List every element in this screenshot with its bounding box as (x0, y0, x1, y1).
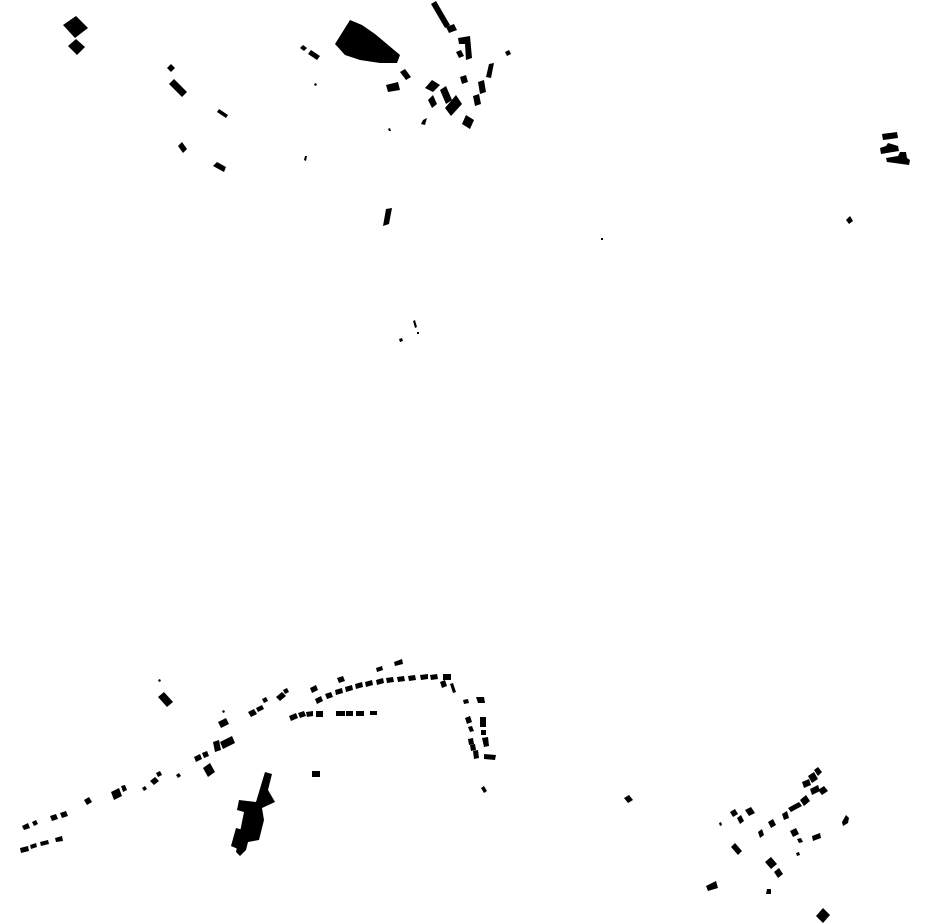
building-footprint (408, 675, 416, 681)
building-footprint (470, 744, 476, 751)
building-footprint (430, 674, 438, 680)
building-footprint (312, 771, 320, 777)
building-footprint (417, 332, 419, 334)
building-footprint (386, 677, 394, 683)
building-footprint (468, 738, 474, 745)
building-footprint (443, 674, 451, 680)
building-footprint (316, 711, 323, 717)
building-footprint (306, 711, 313, 717)
building-footprint (397, 676, 405, 682)
building-footprint (484, 754, 496, 760)
building-footprint (346, 711, 353, 716)
building-footprint (481, 730, 486, 735)
building-footprint (473, 750, 479, 759)
map-canvas (0, 0, 930, 924)
building-footprint-map (0, 0, 930, 924)
building-footprint (356, 711, 364, 716)
building-footprint (420, 674, 428, 680)
map-background (0, 0, 930, 924)
building-footprint (601, 238, 603, 240)
building-footprint (336, 711, 345, 716)
building-footprint (480, 717, 486, 727)
building-footprint (370, 711, 377, 715)
